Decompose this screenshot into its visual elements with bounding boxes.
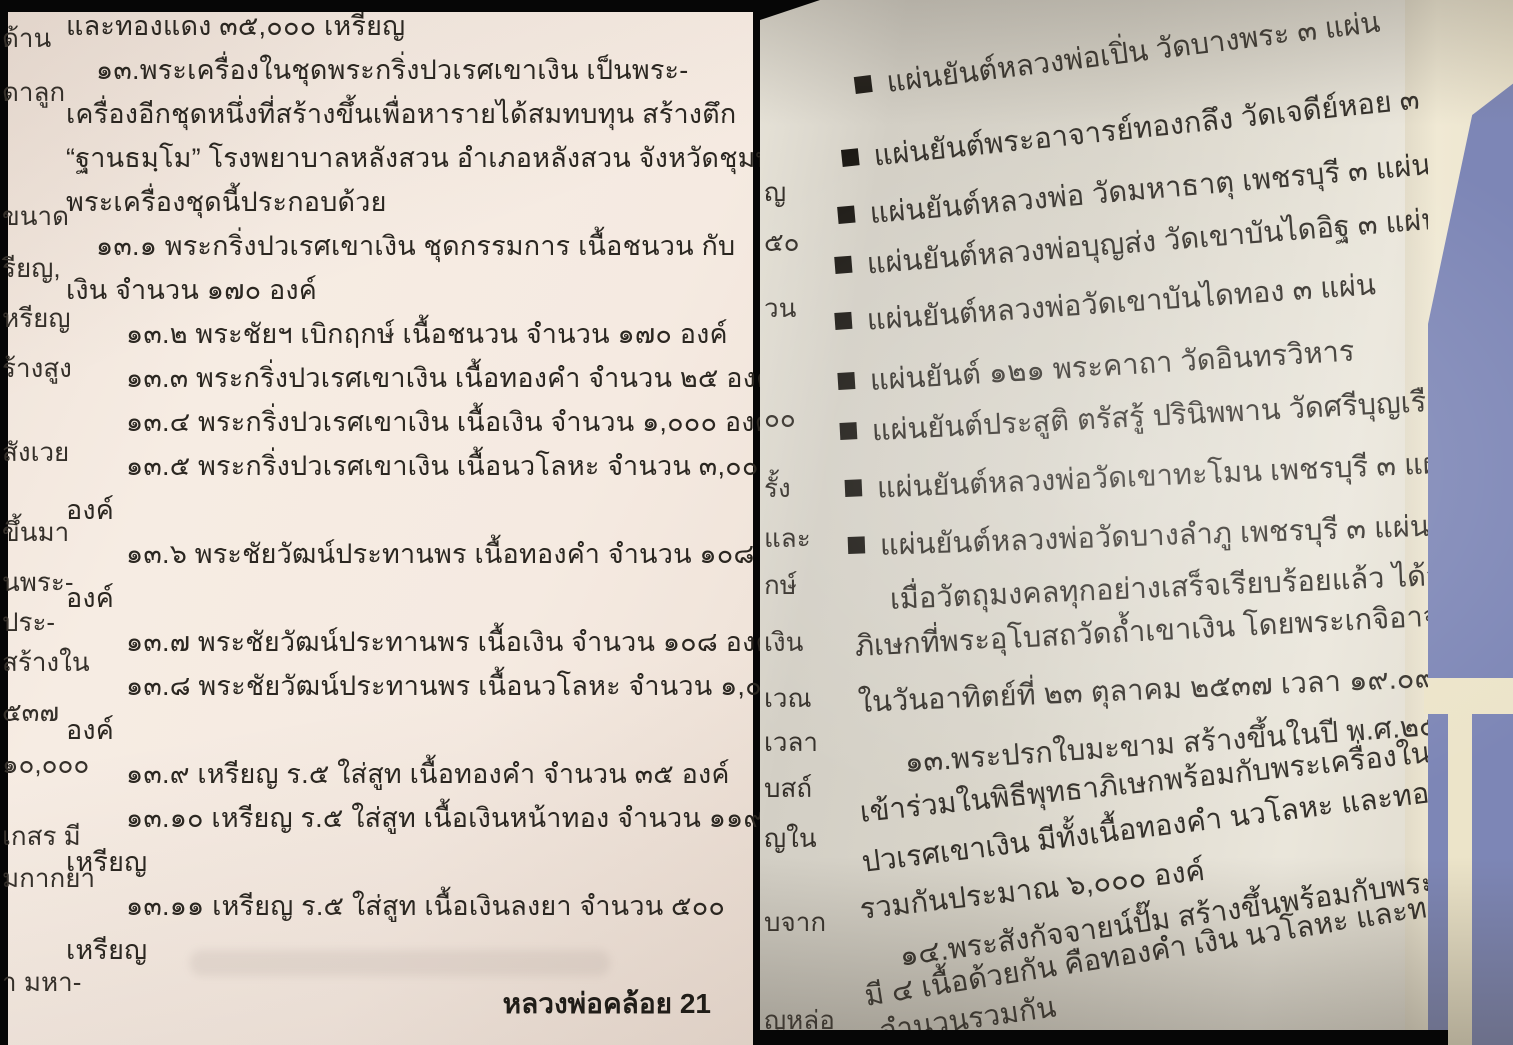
gutter-fragment: ๐๐ (764, 398, 796, 439)
text-line: “ฐานธมฺโม” โรงพยาบาลหลังสวน อำเภอหลังสวน… (66, 136, 738, 180)
text-line: เหรียญ (66, 840, 738, 884)
table-cream-band-vertical (1448, 678, 1472, 1045)
text-line: ๑๓.๓ พระกริ่งปวเรศเขาเงิน เนื้อทองคำ จำน… (66, 356, 738, 400)
text-line: องค์ (66, 488, 738, 532)
gutter-fragment: เวลา (764, 722, 818, 763)
bullet-square-icon (834, 256, 852, 274)
text-line: เงิน จำนวน ๑๗๐ องค์ (66, 268, 738, 312)
gutter-fragment: วน (764, 288, 796, 329)
gutter-fragment: ญใน (764, 818, 817, 859)
gutter-fragment: บจาก (764, 902, 826, 943)
text-line: ๑๓.๑๑ เหรียญ ร.๕ ใส่สูท เนื้อเงินลงยา จำ… (66, 884, 738, 928)
text-line: ๑๓.๗ พระชัยวัฒน์ประทานพร เนื้อเงิน จำนวน… (66, 620, 738, 664)
left-page-footer: หลวงพ่อคล้อย 21 (503, 982, 711, 1026)
open-book-photo: และทองแดง ๓๕,๐๐๐ เหรียญ๑๓.พระเครื่องในชุ… (0, 0, 1513, 1045)
text-line: องค์ (66, 708, 738, 752)
gutter-fragment: เวณ (764, 678, 812, 719)
bullet-square-icon (841, 148, 860, 167)
gutter-fragment: หรียญ (2, 298, 71, 339)
gutter-fragment: กษ์ (764, 565, 797, 606)
text-line: และทองแดง ๓๕,๐๐๐ เหรียญ (66, 4, 738, 48)
gutter-fragment: า มหา- (2, 962, 81, 1003)
gutter-fragment: ขึ้นมา (2, 512, 69, 553)
gutter-fragment: และ (764, 518, 811, 559)
bullet-square-icon (837, 206, 855, 224)
text-line: ๑๓.พระเครื่องในชุดพระกริ่งปวเรศเขาเงิน เ… (66, 48, 738, 92)
left-page-text-block: และทองแดง ๓๕,๐๐๐ เหรียญ๑๓.พระเครื่องในชุ… (66, 4, 738, 972)
gutter-fragment: ๕๓๗ (2, 692, 59, 733)
yantra-list-item: แผ่นยันต์หลวงพ่อวัดเขาทะโมน เพชรบุรี ๓ แ… (844, 443, 1428, 510)
text-line: เครื่องอีกชุดหนึ่งที่สร้างขึ้นเพื่อหาราย… (66, 92, 738, 136)
text-line: ๑๓.๖ พระชัยวัฒน์ประทานพร เนื้อทองคำ จำนว… (66, 532, 738, 576)
text-line: องค์ (66, 576, 738, 620)
bullet-square-icon (848, 536, 866, 554)
gutter-fragment: นพระ- (2, 562, 74, 603)
gutter-fragment: ญ (764, 172, 786, 213)
gutter-fragment: สังเวย (2, 432, 69, 473)
text-line: ๑๓.๒ พระชัยฯ เบิกฤกษ์ เนื้อชนวน จำนวน ๑๗… (66, 312, 738, 356)
text-line: ๑๓.๑๐ เหรียญ ร.๕ ใส่สูท เนื้อเงินหน้าทอง… (66, 796, 738, 840)
bullet-square-icon (854, 75, 873, 94)
text-line: ๑๓.๑ พระกริ่งปวเรศเขาเงิน ชุดกรรมการ เนื… (66, 224, 738, 268)
right-page-photo: แผ่นยันต์หลวงพ่อเปิ่น วัดบางพระ ๓ แผ่นแผ… (760, 0, 1513, 1045)
gutter-fragment: สร้างใน (2, 642, 90, 683)
text-line: ๑๓.๙ เหรียญ ร.๕ ใส่สูท เนื้อทองคำ จำนวน … (66, 752, 738, 796)
photo-edge-bar (760, 1030, 1448, 1045)
gutter-fragment: ขนาด (2, 196, 69, 237)
gutter-fragment: ประ- (2, 602, 55, 643)
gutter-fragment: ๑๐,๐๐๐ (2, 744, 89, 785)
gutter-fragment: ดาลูก (2, 72, 65, 113)
gutter-fragment: รียญ, (2, 248, 61, 289)
bullet-square-icon (839, 422, 857, 440)
text-line: พระเครื่องชุดนี้ประกอบด้วย (66, 180, 738, 224)
gutter-fragment: ด้าน (2, 18, 51, 59)
gutter-fragment: บสถ์ (764, 768, 812, 809)
yantra-list-item: แผ่นยันต์หลวงพ่อวัดบางลำภู เพชรบุรี ๓ แผ… (847, 507, 1428, 567)
gutter-fragment: ๕๐ (764, 222, 800, 263)
text-line: เหรียญ (66, 928, 738, 972)
gutter-fragment: เงิน (764, 622, 803, 663)
gutter-fragment: ร้างสูง (2, 348, 72, 389)
left-page-photo: และทองแดง ๓๕,๐๐๐ เหรียญ๑๓.พระเครื่องในชุ… (0, 0, 753, 1045)
gutter-fragment: เกสร มี (2, 816, 81, 857)
text-line: ๑๓.๔ พระกริ่งปวเรศเขาเงิน เนื้อเงิน จำนว… (66, 400, 738, 444)
text-line: ๑๓.๕ พระกริ่งปวเรศเขาเงิน เนื้อนวโลหะ จำ… (66, 444, 738, 488)
text-line: ๑๓.๘ พระชัยวัฒน์ประทานพร เนื้อนวโลหะ จำน… (66, 664, 738, 708)
bullet-square-icon (837, 372, 855, 390)
right-page-text-block: แผ่นยันต์หลวงพ่อเปิ่น วัดบางพระ ๓ แผ่นแผ… (760, 0, 1428, 1045)
bullet-square-icon (845, 479, 863, 497)
gutter-fragment: มกากยา (2, 858, 95, 899)
gutter-fragment: รั้ง (764, 468, 791, 509)
bullet-square-icon (834, 312, 852, 330)
